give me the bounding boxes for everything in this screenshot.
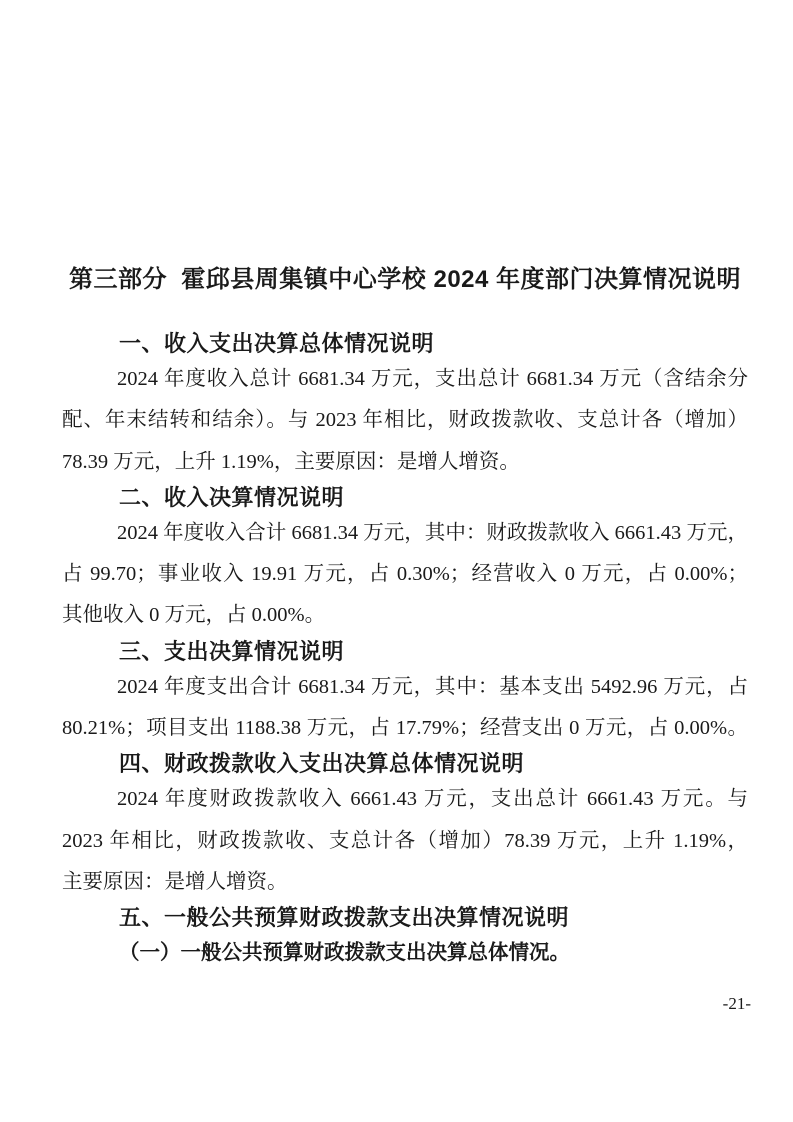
section-heading-5: 五、一般公共预算财政拨款支出决算情况说明	[62, 903, 748, 933]
paragraph-line: 2024 年度支出合计 6681.34 万元，其中：基本支出 5492.96 万…	[62, 667, 748, 708]
paragraph-line: 80.21%；项目支出 1188.38 万元，占 17.79%；经营支出 0 万…	[62, 708, 748, 749]
subsection-heading: （一）一般公共预算财政拨款支出决算总体情况。	[62, 933, 748, 974]
paragraph-line: 其他收入 0 万元，占 0.00%。	[62, 595, 748, 636]
section-heading-1: 一、收入支出决算总体情况说明	[62, 329, 748, 359]
paragraph-line: 2024 年度财政拨款收入 6661.43 万元，支出总计 6661.43 万元…	[62, 779, 748, 820]
document-content: 第三部分 霍邱县周集镇中心学校 2024 年度部门决算情况说明 一、收入支出决算…	[62, 263, 748, 975]
paragraph-line: 主要原因：是增人增资。	[62, 862, 748, 903]
paragraph-line: 2024 年度收入合计 6681.34 万元，其中：财政拨款收入 6661.43…	[62, 513, 748, 554]
section-heading-4: 四、财政拨款收入支出决算总体情况说明	[62, 749, 748, 779]
document-title: 第三部分 霍邱县周集镇中心学校 2024 年度部门决算情况说明	[62, 263, 748, 297]
document-page: 第三部分 霍邱县周集镇中心学校 2024 年度部门决算情况说明 一、收入支出决算…	[0, 0, 793, 1122]
section-heading-2: 二、收入决算情况说明	[62, 483, 748, 513]
page-number: -21-	[723, 994, 751, 1014]
paragraph-line: 占 99.70；事业收入 19.91 万元，占 0.30%；经营收入 0 万元，…	[62, 554, 748, 595]
paragraph-line: 配、年末结转和结余）。与 2023 年相比，财政拨款收、支总计各（增加）	[62, 400, 748, 441]
paragraph-line: 2023 年相比，财政拨款收、支总计各（增加）78.39 万元，上升 1.19%…	[62, 821, 748, 862]
paragraph-line: 2024 年度收入总计 6681.34 万元，支出总计 6681.34 万元（含…	[62, 359, 748, 400]
paragraph-line: 78.39 万元，上升 1.19%，主要原因：是增人增资。	[62, 442, 748, 483]
section-heading-3: 三、支出决算情况说明	[62, 637, 748, 667]
